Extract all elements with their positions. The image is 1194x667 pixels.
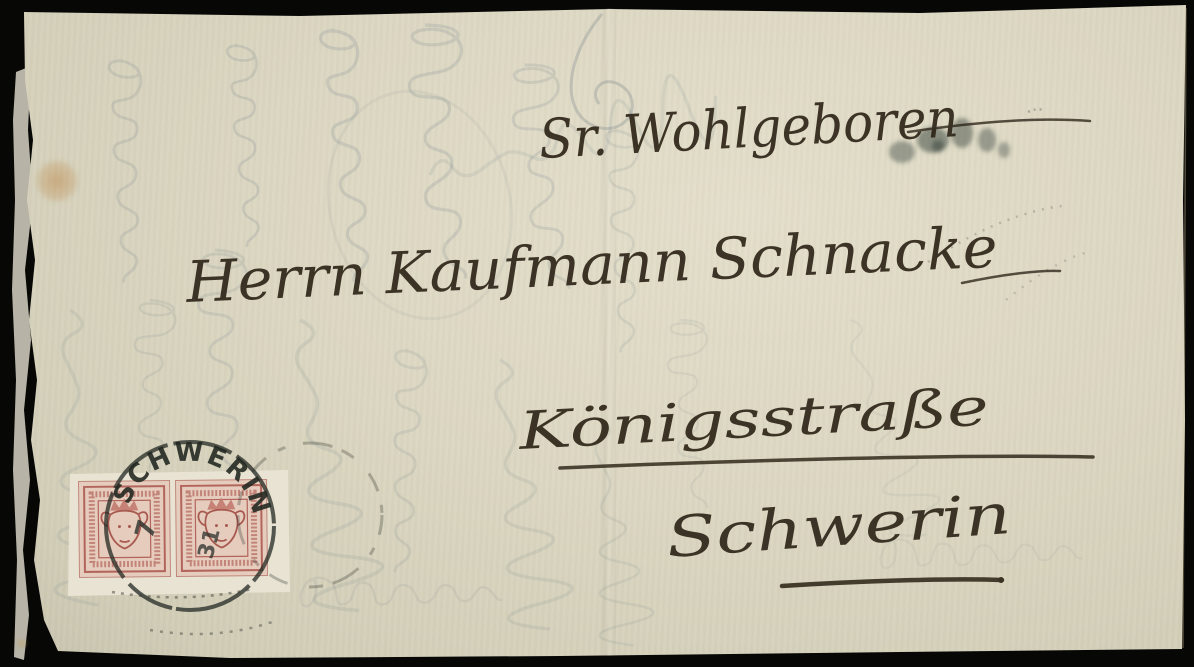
paper-edge-highlight bbox=[1183, 8, 1186, 648]
postmark-arc-fragment bbox=[1006, 252, 1088, 300]
address-line-2: Herrn Kaufmann Schnacke bbox=[184, 215, 999, 316]
postmark-arc-fragment bbox=[150, 622, 272, 634]
cover-photo: SCHWERIN 7 31 Sr. Wohlgeboren Herr bbox=[0, 0, 1194, 667]
address-line-4: Schwerin bbox=[664, 482, 1013, 571]
underline-koenigsstrasse bbox=[560, 456, 1093, 468]
ink-blob bbox=[998, 577, 1004, 583]
handwritten-address: Sr. Wohlgeboren Herrn Kaufmann Schnacke … bbox=[184, 86, 1093, 586]
cover-markings: SCHWERIN 7 31 Sr. Wohlgeboren Herr bbox=[0, 0, 1194, 667]
underline-schwerin bbox=[782, 579, 1002, 586]
address-line-3: Königsstraße bbox=[516, 377, 990, 462]
postmark-arc-fragment bbox=[1028, 109, 1044, 112]
